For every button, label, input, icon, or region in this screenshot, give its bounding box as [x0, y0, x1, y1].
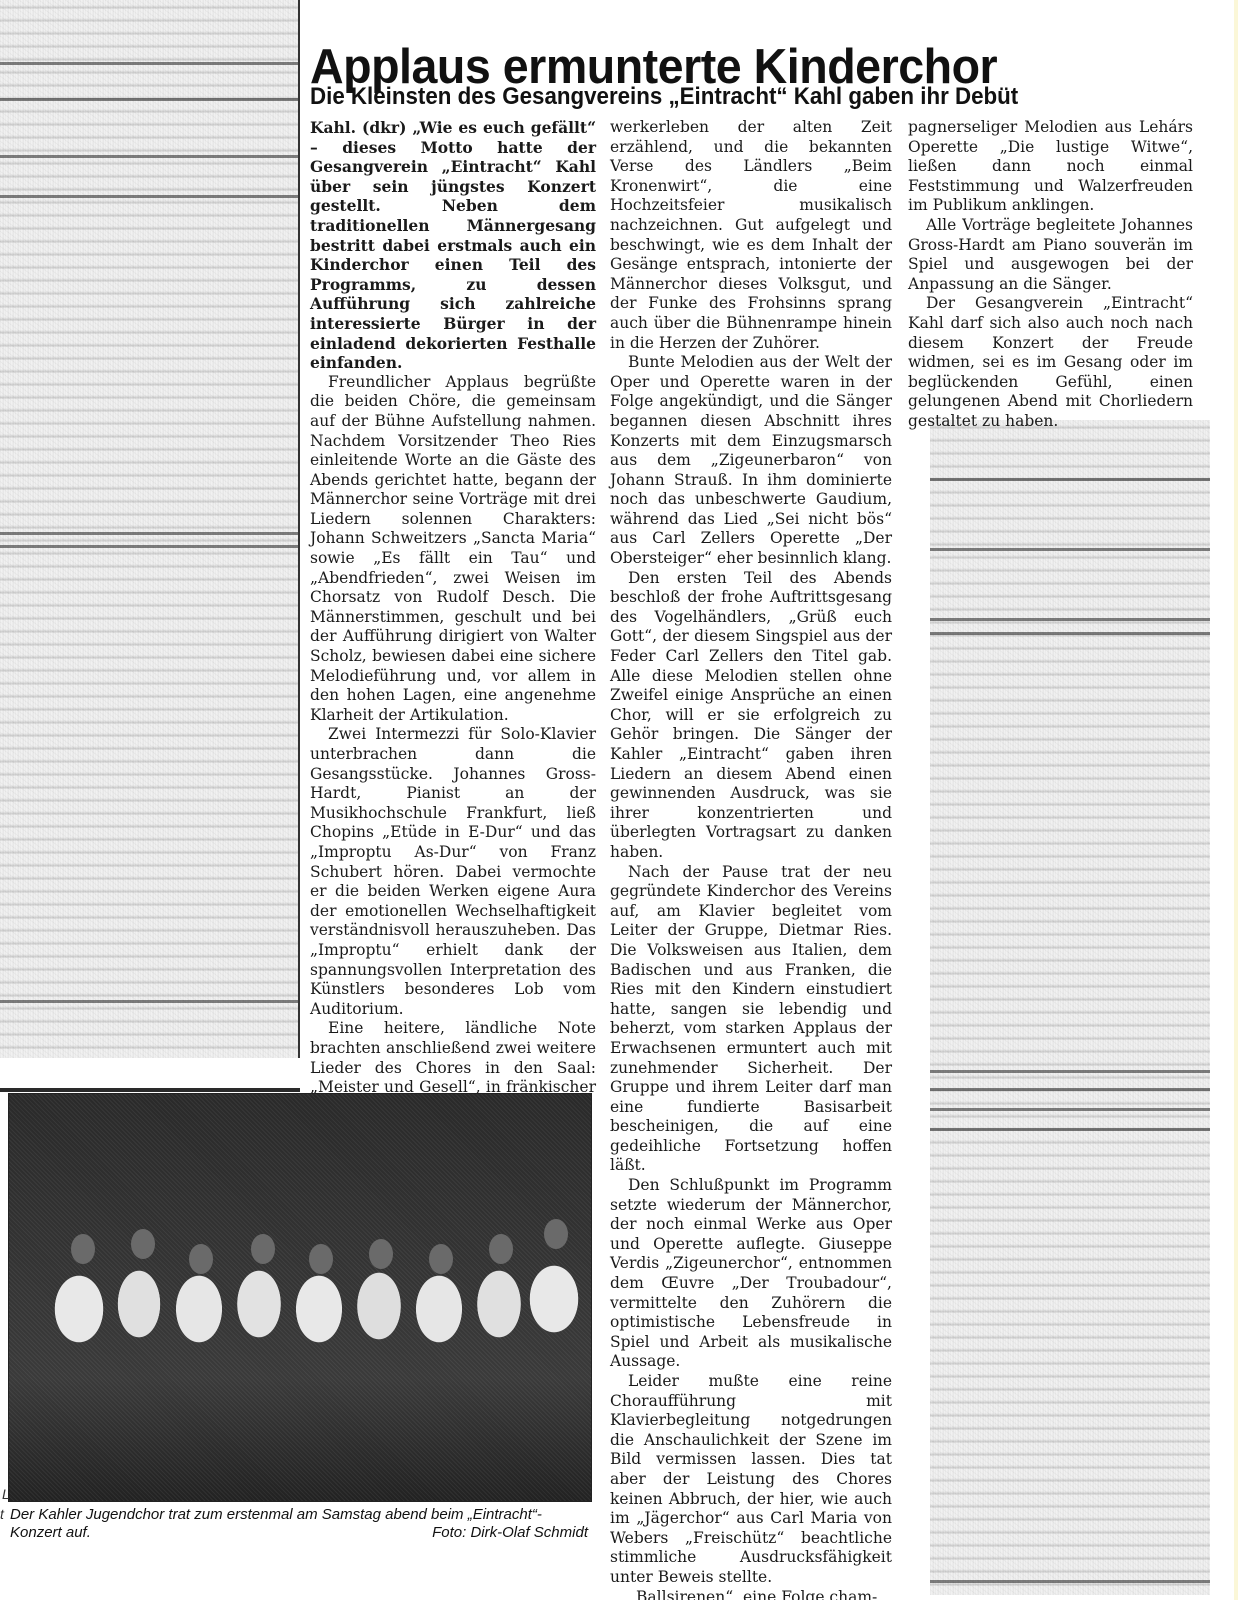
body-paragraph: Leider mußte eine reine Choraufführung m…	[610, 1372, 892, 1588]
body-paragraph: Den Schlußpunkt im Programm setzte wiede…	[610, 1176, 892, 1372]
body-paragraph: „Ballsirenen“, eine Folge cham-	[610, 1588, 892, 1600]
body-paragraph: Den ersten Teil des Abends beschloß der …	[610, 569, 892, 863]
body-paragraph: pagnerseliger Melodien aus Lehárs Operet…	[908, 118, 1193, 216]
body-paragraph: Freundlicher Applaus begrüßte die beiden…	[310, 373, 596, 726]
page-edge	[1234, 0, 1238, 1600]
divider-rule	[0, 1088, 300, 1092]
photo-caption: Der Kahler Jugendchor trat zum erstenmal…	[10, 1506, 588, 1542]
body-paragraph: Bunte Melodien aus der Welt der Oper und…	[610, 353, 892, 569]
body-paragraph: werkerleben der alten Zeit erzählend, un…	[610, 118, 892, 353]
scan-noise-right-panel	[930, 420, 1210, 1595]
edge-mark: L	[2, 1486, 10, 1502]
article-column-2: werkerleben der alten Zeit erzählend, un…	[610, 118, 892, 1600]
body-paragraph: Zwei Intermezzi für Solo-Klavier unterbr…	[310, 725, 596, 1019]
article-column-3: pagnerseliger Melodien aus Lehárs Operet…	[908, 118, 1193, 432]
lead-paragraph: Kahl. (dkr) „Wie es euch gefällt“ – dies…	[310, 118, 596, 373]
choir-photo	[8, 1093, 592, 1502]
body-paragraph: Alle Vorträge begleitete Johannes Gross-…	[908, 216, 1193, 294]
article-subheadline: Die Kleinsten des Gesangvereins „Eintrac…	[310, 82, 1018, 112]
photo-credit: Foto: Dirk-Olaf Schmidt	[432, 1524, 588, 1542]
photo-figures	[9, 1094, 591, 1501]
body-paragraph: Der Gesangverein „Eintracht“ Kahl darf s…	[908, 294, 1193, 431]
body-paragraph: Nach der Pause trat der neu gegründete K…	[610, 863, 892, 1177]
article-column-1: Kahl. (dkr) „Wie es euch gefällt“ – dies…	[310, 118, 596, 1117]
edge-mark: t	[0, 1506, 4, 1522]
scan-noise-left-panel	[0, 0, 300, 1058]
